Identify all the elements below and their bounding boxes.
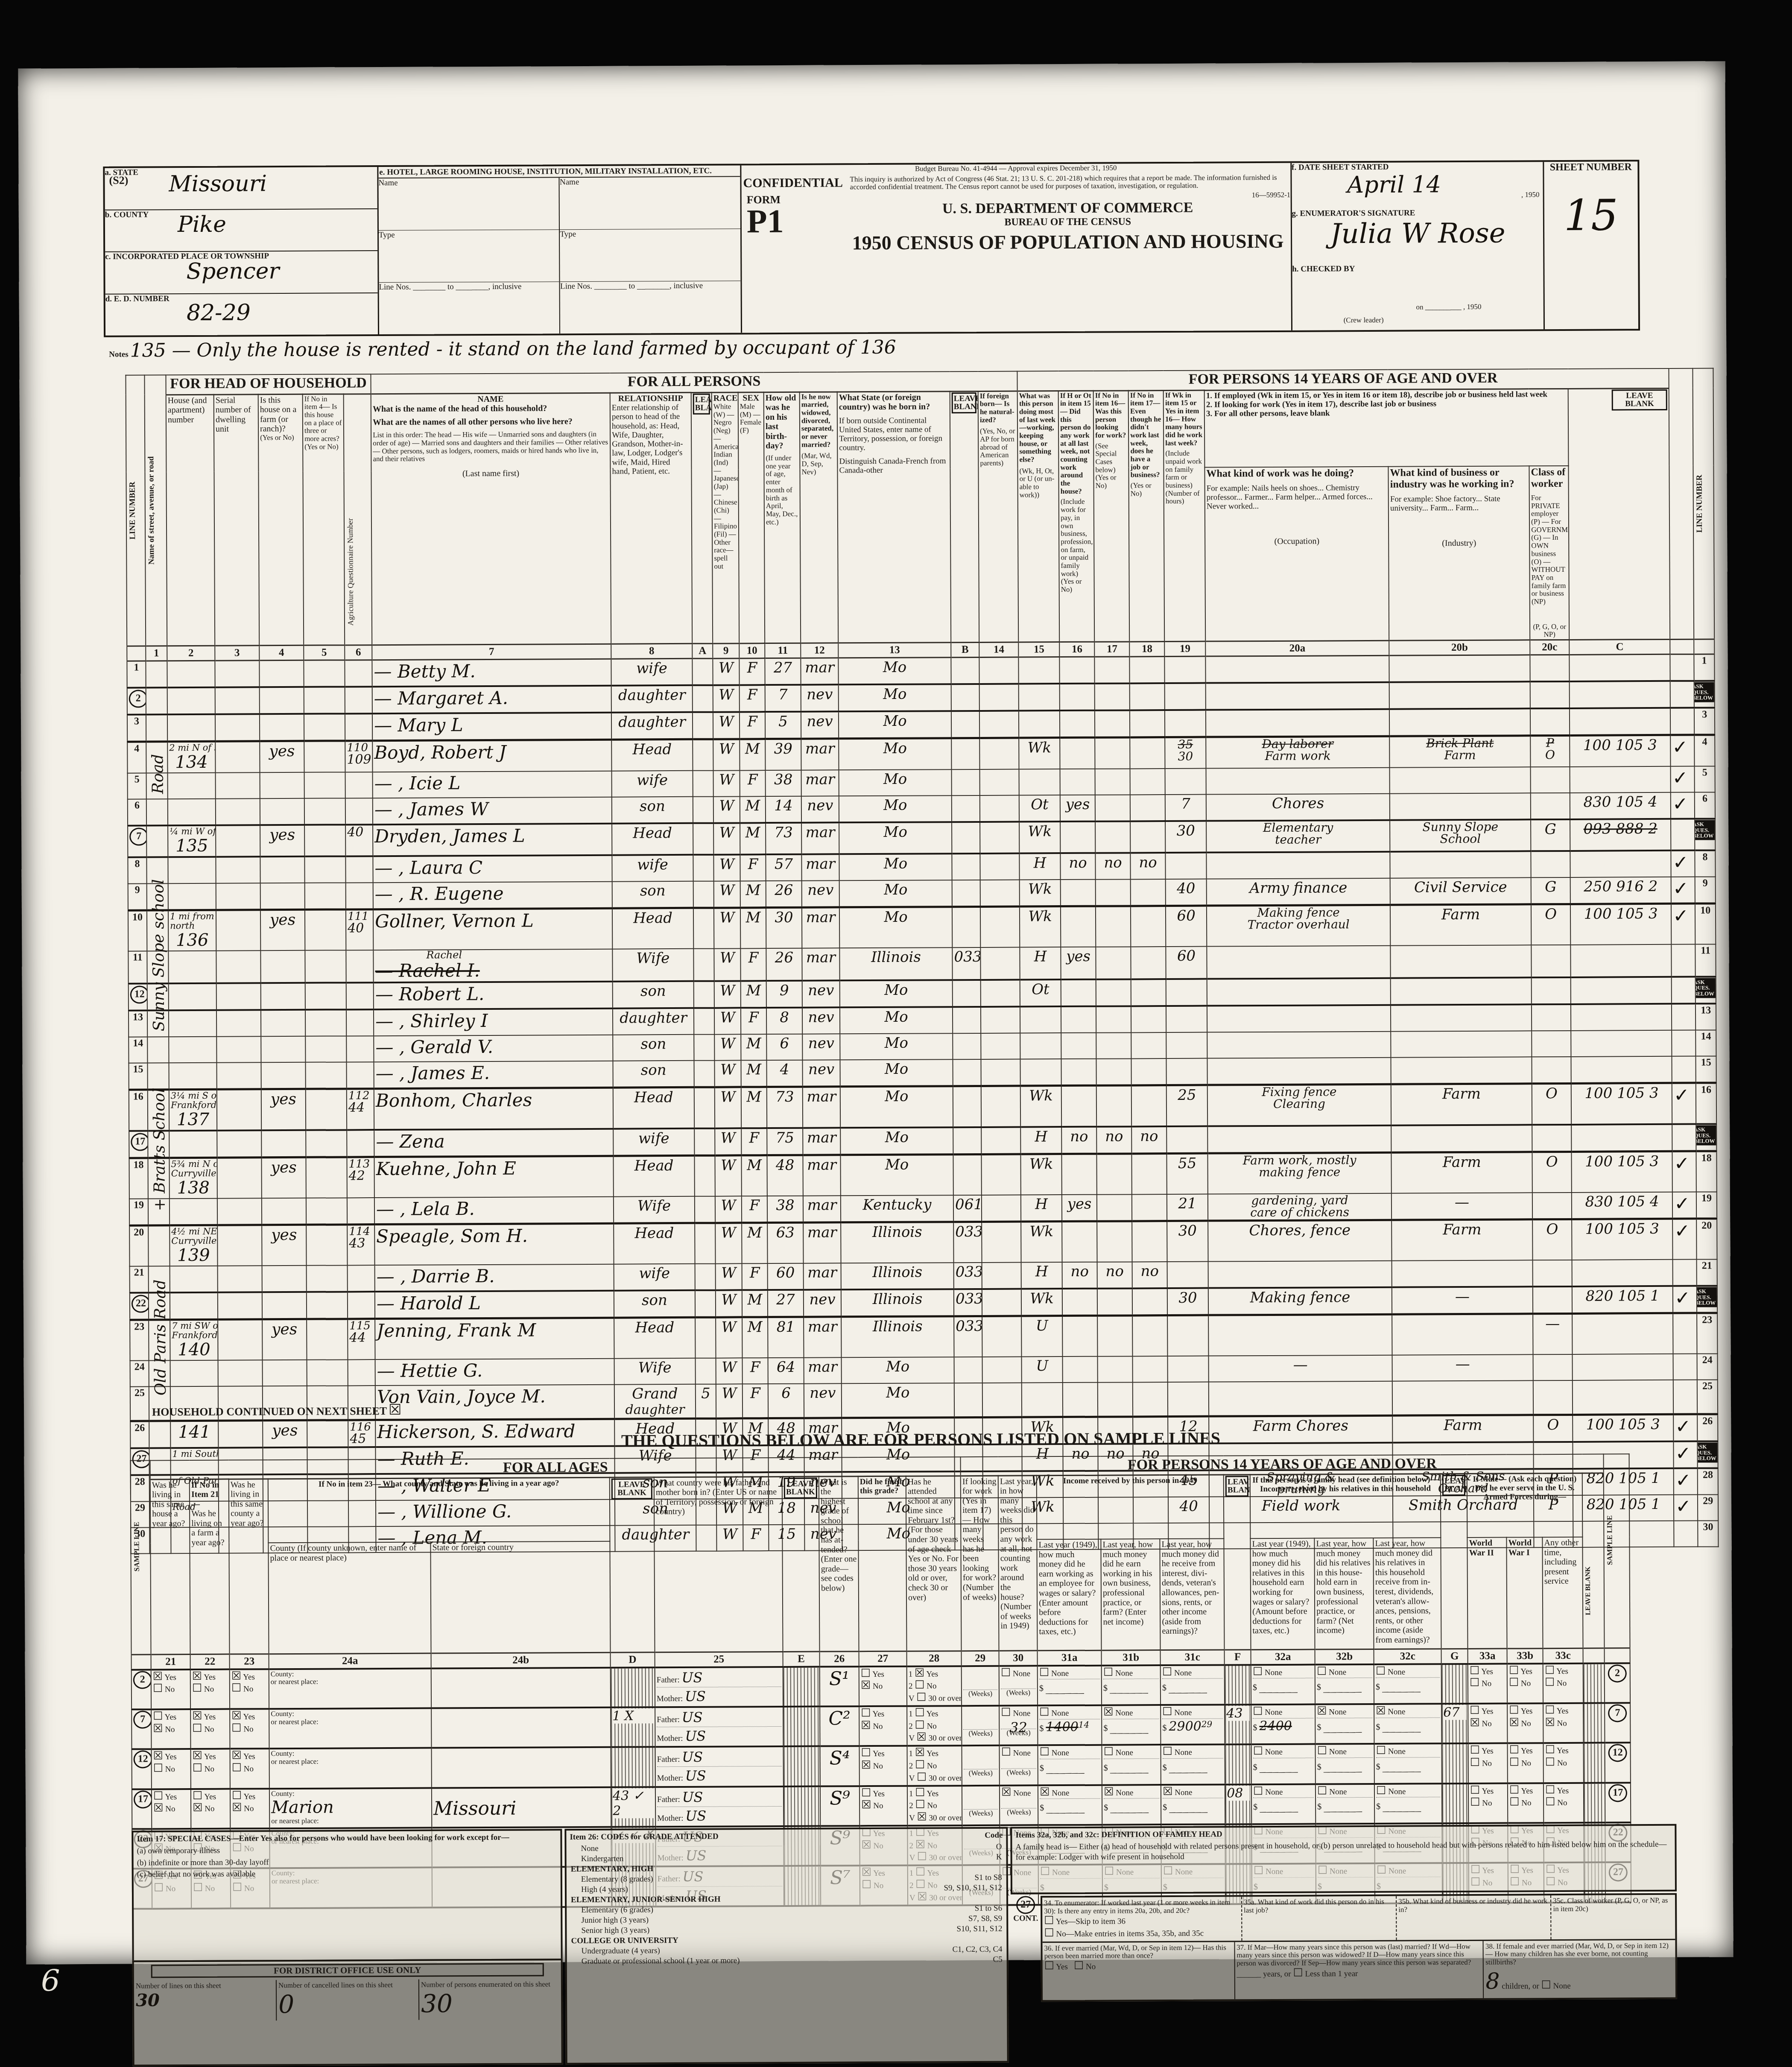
cell-age: 6: [768, 1384, 804, 1418]
cell-name: — , Shirley I: [374, 1008, 613, 1035]
cell-chk: ✓: [1671, 851, 1695, 877]
cell-ln: 20: [129, 1225, 148, 1266]
cell-cc: [1571, 1056, 1672, 1084]
cell-ind: [1391, 1125, 1532, 1152]
cell-ind: —: [1392, 1193, 1532, 1220]
cell-B: [953, 1127, 981, 1155]
cell-serial: [215, 714, 260, 741]
sample-cell-w29: (Weeks): [962, 1706, 999, 1746]
cell-rln: 21: [1697, 1259, 1717, 1286]
footer-right: Items 32a, 32b, and 32c: DEFINITION OF F…: [1010, 1824, 1677, 2059]
cell-rel: Head: [614, 1317, 695, 1358]
cell-sex: M: [741, 1155, 767, 1196]
cell-i17: [1095, 769, 1130, 795]
notes-row: Notes 135 — Only the house is rented - i…: [109, 333, 1637, 362]
cell-mar: mar: [803, 1222, 841, 1263]
cell-i18: [1131, 947, 1166, 979]
sample-cell-p25: Father: USMother: US: [655, 1786, 783, 1827]
col-number: 31b: [1102, 1650, 1161, 1665]
cell-occ: [1205, 655, 1389, 683]
cell-rln: 8: [1695, 851, 1715, 877]
cell-farm: [262, 1266, 307, 1292]
sample-cell-q23: ☒ Yes☐ No: [230, 1709, 269, 1749]
cell-agri: 110109: [345, 741, 372, 772]
cell-occ: [1207, 1005, 1391, 1032]
cell-race: W: [715, 1087, 741, 1129]
cell-house: [167, 661, 215, 687]
cell-mar: nev: [802, 880, 839, 907]
cell-farm: [261, 1062, 305, 1089]
sample-cell-q21: ☐ Yes☒ No: [151, 1709, 190, 1749]
cell-farm: [261, 1036, 305, 1062]
confidential-text: This inquiry is authorized by Act of Con…: [850, 173, 1289, 191]
cell-age: 73: [767, 1087, 803, 1128]
col-20b: What kind of business or industry was he…: [1389, 466, 1530, 640]
sample-cell-a31b: ☒ None$ ______: [1102, 1705, 1161, 1745]
cell-ind: [1389, 708, 1530, 736]
sample-cell-D: 1 X: [611, 1707, 655, 1747]
cell-born: Illinois: [841, 1263, 954, 1289]
cell-cls: [1532, 1125, 1571, 1152]
sample-cell-p25: Father: USMother: US: [655, 1707, 783, 1747]
cell-hrs: 60: [1166, 947, 1207, 979]
cell-sex: F: [739, 658, 765, 685]
cell-i16: no: [1061, 1127, 1096, 1154]
cell-hrs: 3530: [1165, 737, 1206, 769]
cell-occ: [1208, 1261, 1392, 1288]
col-agri: Agriculture Questionnaire Number: [344, 394, 372, 645]
cell-born: Mo: [839, 854, 952, 880]
cell-i15: U: [1021, 1316, 1062, 1357]
col-31a: Last year (1949), how much money did he …: [1037, 1539, 1102, 1651]
col-number: 23: [230, 1654, 269, 1669]
cell-serial: [218, 1266, 262, 1292]
cell-nat: [981, 979, 1020, 1006]
cell-rln: 16: [1696, 1083, 1716, 1124]
cell-name: Von Vain, Joyce M.: [375, 1385, 614, 1420]
cell-i16: [1062, 1289, 1097, 1316]
sample-cell-a31c: ☐ None$ ______: [1161, 1745, 1225, 1785]
sample-cell-a32b: ☒ None$ ______: [1315, 1704, 1374, 1744]
col-15: What was this person doing most of last …: [1017, 391, 1060, 642]
cell-nat: [981, 1154, 1020, 1195]
notes-label: Notes: [109, 350, 128, 359]
sample-cell-state: [431, 1707, 611, 1748]
grade-code-row: ELEMENTARY, JUNIOR-SENIOR HIGH: [571, 1893, 1002, 1904]
cell-i18: [1130, 821, 1165, 853]
col-number: 8: [611, 643, 692, 659]
cell-acres: [304, 741, 345, 772]
cell-A: [695, 1264, 716, 1290]
cell-agri: [345, 687, 372, 713]
col-number: 33c: [1543, 1648, 1583, 1664]
cell-cc: 250 916 2: [1570, 877, 1671, 904]
cell-cls: [1530, 681, 1570, 708]
sheet-number-value: 15: [1544, 190, 1638, 240]
cell-i15: [1022, 1383, 1063, 1417]
cell-mar: nev: [801, 684, 839, 711]
cell-agri: 11244: [347, 1088, 374, 1130]
col-number: 3: [215, 646, 259, 661]
sample-cell-a31a: ☐ None$ ______: [1038, 1745, 1102, 1785]
cell-i17: no: [1095, 853, 1130, 879]
cell-cc: [1571, 1004, 1672, 1031]
cell-A: [694, 1008, 714, 1034]
cell-farm: yes: [260, 909, 305, 950]
cell-i17: [1096, 979, 1131, 1006]
col-27: Did he finish this grade?: [858, 1476, 907, 1651]
item38: 38. If female and ever married (Mar, Wd,…: [1485, 1942, 1674, 1967]
col-number: [132, 1654, 151, 1669]
cell-occ: [1207, 1058, 1391, 1085]
cell-ln: 26: [130, 1421, 149, 1448]
street-name: + Bratts School: [151, 1066, 169, 1233]
sample-cell-w33a: ☐ Yes☐ No: [1468, 1783, 1508, 1823]
cell-cls: O: [1531, 904, 1570, 945]
cell-house: [169, 1010, 216, 1037]
cell-serial: [217, 1130, 261, 1158]
cell-nat: [979, 738, 1019, 769]
cell-rel: wife: [612, 771, 693, 797]
col-G: LEAVE BLANK: [1441, 1474, 1468, 1649]
item34: 34. To enumerator: If worked last year (…: [1044, 1898, 1239, 1915]
cell-race: W: [714, 908, 740, 949]
line-number-col-right: LINE NUMBER: [1693, 368, 1715, 639]
cell-i18: [1132, 1153, 1167, 1194]
cell-rel: Wife: [614, 1358, 696, 1385]
cell-chk: [1672, 1030, 1696, 1056]
sample-cell-county: County:Marionor nearest place:: [269, 1788, 432, 1828]
cell-i18: no: [1130, 853, 1165, 879]
cell-agri: [346, 1036, 374, 1062]
cell-i16: [1061, 1033, 1096, 1059]
col-number: 24b: [431, 1652, 611, 1668]
sample-cell-q27: ☐ Yes☒ No: [859, 1786, 907, 1826]
cell-mar: mar: [801, 658, 838, 685]
cell-ind: [1392, 1314, 1533, 1355]
cell-occ: Day laborerFarm work: [1206, 736, 1389, 768]
cell-house: [170, 1360, 218, 1386]
special-cases-box: Item 17: SPECIAL CASES—Enter Yes also fo…: [132, 1829, 562, 1962]
cell-rel: daughter: [611, 685, 693, 713]
cell-farm: yes: [262, 1225, 306, 1266]
cell-A: [694, 1155, 715, 1196]
cell-rln: 3: [1694, 708, 1715, 735]
cell-age: 81: [768, 1317, 804, 1358]
cell-age: 4: [767, 1060, 803, 1087]
cell-born: Mo: [840, 1127, 953, 1155]
cell-agri: [348, 1292, 375, 1319]
cell-nat: [979, 657, 1018, 684]
check-col: [1669, 368, 1694, 640]
cell-acres: [305, 950, 346, 983]
cell-serial: [217, 1225, 262, 1266]
col-number: 14: [979, 642, 1018, 657]
sample-cell-H: [1584, 1783, 1605, 1823]
cell-acres: [307, 1319, 348, 1360]
cell-ln: 10: [128, 910, 147, 951]
cell-B: [953, 980, 981, 1007]
sample-cell-a32a: ☐ None$ ______: [1251, 1744, 1315, 1784]
cell-i16: [1062, 1221, 1097, 1262]
cell-race: W: [713, 739, 740, 771]
cell-chk: ✓: [1674, 1495, 1698, 1521]
sample-cell-q21: ☒ Yes☐ No: [152, 1749, 191, 1789]
cell-acres: [307, 1292, 348, 1319]
cell-i15: H: [1019, 853, 1060, 880]
cell-cc: [1570, 766, 1671, 793]
cell-B: [951, 657, 979, 684]
cell-acres: [304, 798, 345, 824]
cell-rln: 2ASK QUES. BELOW: [1694, 681, 1715, 708]
cell-ind: [1391, 977, 1532, 1005]
cell-rln: 7ASK QUES. BELOW: [1695, 819, 1715, 850]
sample-cell-sln: 2: [132, 1669, 151, 1710]
cell-i15: [1020, 1059, 1061, 1086]
cell-ln: 4: [127, 742, 146, 773]
cell-born: Mo: [838, 658, 951, 685]
cell-nat: [980, 906, 1020, 947]
cell-occ: [1207, 946, 1390, 979]
state-label: a. STATE: [105, 168, 138, 177]
cell-rel: Head: [613, 1087, 694, 1129]
cell-rel: son: [613, 981, 694, 1009]
cell-acres: [304, 687, 345, 713]
col-number: A: [692, 643, 713, 658]
cell-age: 9: [766, 981, 802, 1008]
cell-agri: [348, 1359, 375, 1386]
sample-cell-G: 67: [1441, 1704, 1468, 1744]
cell-sex: M: [740, 823, 766, 854]
cell-A: [693, 739, 713, 771]
sheet-number-label: SHEET NUMBER: [1544, 161, 1637, 173]
col-number: E: [783, 1652, 820, 1667]
cell-house: 4½ mi NE of Curryville139: [170, 1225, 217, 1266]
cell-A: [693, 855, 713, 881]
col-33-group: If Male— (Ask each question) Did he ever…: [1467, 1473, 1583, 1538]
sample-cell-w33c: ☐ Yes☐ No: [1544, 1743, 1584, 1783]
col-number: 5: [304, 645, 345, 660]
sample-cell-a32c: ☐ None$ ______: [1374, 1783, 1442, 1824]
cell-hrs: [1168, 1382, 1209, 1417]
sample-cell-q22: ☒ Yes☐ No: [190, 1669, 230, 1709]
cell-ind: [1391, 1004, 1532, 1031]
cell-sex: M: [740, 739, 765, 771]
cell-serial: [216, 950, 260, 983]
cell-i15: Wk: [1020, 906, 1061, 947]
cell-cls: O: [1533, 1415, 1573, 1442]
cell-occ: [1207, 1126, 1391, 1153]
cell-B: [954, 1357, 982, 1383]
cell-mar: nev: [802, 1007, 840, 1034]
cell-rln: 29: [1698, 1495, 1718, 1521]
sample-cell-G: [1442, 1743, 1468, 1783]
cell-chk: [1674, 1521, 1698, 1547]
cell-acres: [305, 982, 346, 1009]
cell-sex: F: [741, 1008, 766, 1034]
cell-A: [695, 1317, 716, 1358]
cell-i16: [1061, 1006, 1096, 1033]
cell-house: [170, 1199, 217, 1225]
cell-race: W: [713, 685, 740, 712]
cell-i17: [1095, 737, 1130, 769]
cell-i17: [1096, 1058, 1131, 1085]
sample-cell-q23: ☒ Yes☐ No: [230, 1748, 269, 1789]
cell-farm: yes: [260, 741, 304, 772]
cell-A: [693, 685, 713, 712]
cell-B: [951, 684, 979, 711]
cell-ln: 12: [129, 983, 147, 1010]
cell-house: 7 mi SW of Frankford140: [170, 1319, 218, 1360]
col-number: F: [1225, 1649, 1251, 1665]
cell-occ: gardening, yardcare of chickens: [1208, 1193, 1392, 1221]
cell-nat: [980, 795, 1019, 822]
item36: 36. If ever married (Mar, Wd, D, or Sep …: [1044, 1944, 1233, 1960]
sample-cell-F: 08: [1225, 1784, 1251, 1824]
cell-occ: Chores: [1206, 794, 1390, 821]
cell-i18: [1133, 1382, 1168, 1417]
sample-cell-a32b: ☐ None$ ______: [1315, 1784, 1374, 1824]
cell-hrs: 30: [1167, 1221, 1208, 1262]
col-21: Was he living in this same house a year …: [150, 1479, 190, 1654]
cell-A: [694, 1129, 715, 1156]
cell-age: 7: [765, 685, 801, 712]
cell-cls: [1530, 708, 1570, 736]
item35b: 35b. What kind of business or industry d…: [1397, 1895, 1552, 1940]
cell-chk: ✓: [1670, 735, 1694, 766]
cell-ln: 25: [130, 1387, 149, 1421]
sample-cell-gr: S⁹: [820, 1786, 859, 1826]
col-house: House (and apart­ment) number: [166, 395, 215, 646]
grade-code-row: Graduate or professional school (1 year …: [571, 1955, 1003, 1966]
cell-nat: [979, 684, 1019, 711]
cell-serial: [216, 798, 260, 825]
hotel-name-label: Name: [378, 178, 559, 231]
cell-house: [168, 773, 216, 799]
cell-cc: 100 105 3: [1573, 1415, 1673, 1442]
place-value: Spencer: [186, 258, 279, 284]
sample-cell-q28: 1 ☐ Yes2 ☐ NoV ☒ 30 or over: [907, 1706, 962, 1746]
band-all-persons: FOR ALL PERSONS: [371, 371, 1017, 394]
cell-occ: Chores, fence: [1208, 1220, 1392, 1261]
cell-hrs: 60: [1166, 906, 1207, 947]
sample-cell-q23: ☒ Yes☐ No: [230, 1669, 269, 1709]
cell-hrs: [1167, 1315, 1208, 1356]
sample-cell-F: 43: [1225, 1704, 1251, 1745]
checked-by-label: h. CHECKED BY: [1292, 264, 1355, 274]
cell-i16: yes: [1062, 1195, 1097, 1222]
cell-cls: [1532, 1057, 1571, 1084]
cell-hrs: [1166, 979, 1207, 1006]
col-number: 26: [820, 1651, 859, 1666]
grade-codes-box: Item 26: CODES for GRADE ATTENDED Code N…: [564, 1827, 1009, 2065]
col-E: LEAVE BLANK: [782, 1476, 820, 1652]
line-number-col: LINE NUMBER: [126, 375, 146, 646]
sample-cell-a32a: ☐ None$ ______: [1251, 1664, 1315, 1704]
col-name: NAMEWhat is the name of the head of this…: [371, 393, 611, 645]
sample-cell-a31b: ☐ None$ ______: [1102, 1665, 1161, 1705]
cell-ind: Farm: [1390, 904, 1531, 946]
cell-chk: ✓: [1671, 792, 1695, 819]
sample-cell-w33c: ☐ Yes☐ No: [1543, 1663, 1583, 1703]
cell-serial: [216, 910, 260, 951]
street-name: Sunny Slope school: [149, 848, 168, 1062]
cell-name: — Harold L: [375, 1291, 614, 1319]
cell-i18: [1131, 879, 1166, 906]
cell-cc: [1573, 1380, 1673, 1415]
date-label: f. DATE SHEET STARTED: [1292, 162, 1543, 172]
cell-farm: [260, 857, 304, 883]
cell-i15: Ot: [1019, 795, 1060, 822]
col-B: LEAVE BLANK: [950, 391, 979, 643]
cell-i16: [1060, 769, 1095, 795]
col-number: D: [611, 1652, 655, 1667]
enumerator-signature: Julia W Rose: [1330, 218, 1506, 250]
cell-A: [693, 797, 713, 823]
sample-cell-q23: ☐ Yes☒ No: [230, 1789, 269, 1829]
cell-acres: [304, 660, 345, 687]
cell-farm: [260, 687, 304, 714]
sample-cell-D: 43 ✓ 2: [611, 1787, 655, 1827]
cell-i16: [1060, 822, 1095, 853]
cell-B: [953, 1007, 981, 1033]
street-name: Road: [149, 703, 167, 844]
sample-cell-w29: (Weeks): [962, 1745, 1000, 1786]
cell-ind: Farm: [1391, 1084, 1532, 1126]
cell-farm: [261, 1010, 305, 1036]
cell-rln: 1: [1694, 654, 1714, 681]
street-column-handwriting: [18, 61, 1725, 68]
cell-ln: 18: [129, 1158, 148, 1199]
col-number: 12: [801, 643, 838, 658]
cell-born: Mo: [840, 1059, 953, 1087]
cell-sex: F: [740, 685, 765, 712]
sample-cell-q28: 1 ☒ Yes2 ☐ NoV ☐ 30 or over: [907, 1745, 962, 1786]
sample-cell-G: [1441, 1664, 1468, 1704]
roster-table: LINE NUMBER Name of street, avenue, or r…: [125, 368, 1719, 1554]
cell-race: W: [716, 1358, 743, 1384]
cell-rln: 28: [1698, 1468, 1718, 1495]
cell-i17: [1096, 879, 1131, 906]
cell-B: [952, 822, 980, 854]
cell-name: Boyd, Robert J: [372, 740, 611, 772]
cell-i16: [1060, 737, 1095, 769]
cell-occ: Fixing fenceClearing: [1207, 1084, 1391, 1126]
cell-house: [167, 714, 215, 742]
cell-i17: no: [1096, 1126, 1131, 1154]
col-number: [1670, 639, 1694, 654]
cell-sex: F: [743, 1384, 768, 1418]
cell-cc: 100 105 3: [1572, 1151, 1672, 1193]
sample-cell-state: [432, 1747, 611, 1788]
cell-sex: M: [742, 1223, 767, 1264]
cell-ln: 15: [129, 1063, 147, 1090]
cell-cc: [1570, 944, 1671, 977]
sample-cell-w33b: ☐ Yes☐ No: [1508, 1783, 1544, 1823]
col-number: 31c: [1161, 1649, 1225, 1665]
grade-code-row: COLLEGE OR UNIVERSITY: [571, 1934, 1002, 1945]
col-22: If No in Item 21—Was he living on a farm…: [190, 1479, 230, 1654]
dept: U. S. DEPARTMENT OF COMMERCE: [845, 199, 1291, 217]
cell-B: [952, 880, 980, 907]
cell-cls: [1532, 1193, 1572, 1219]
cell-age: 38: [767, 1196, 803, 1223]
cell-i15: Ot: [1020, 979, 1061, 1006]
cell-born: Illinois: [841, 1316, 954, 1358]
sample-cell-w33a: ☐ Yes☐ No: [1468, 1743, 1508, 1783]
cell-chk: [1673, 1380, 1697, 1415]
cell-hrs: 30: [1167, 1288, 1208, 1316]
